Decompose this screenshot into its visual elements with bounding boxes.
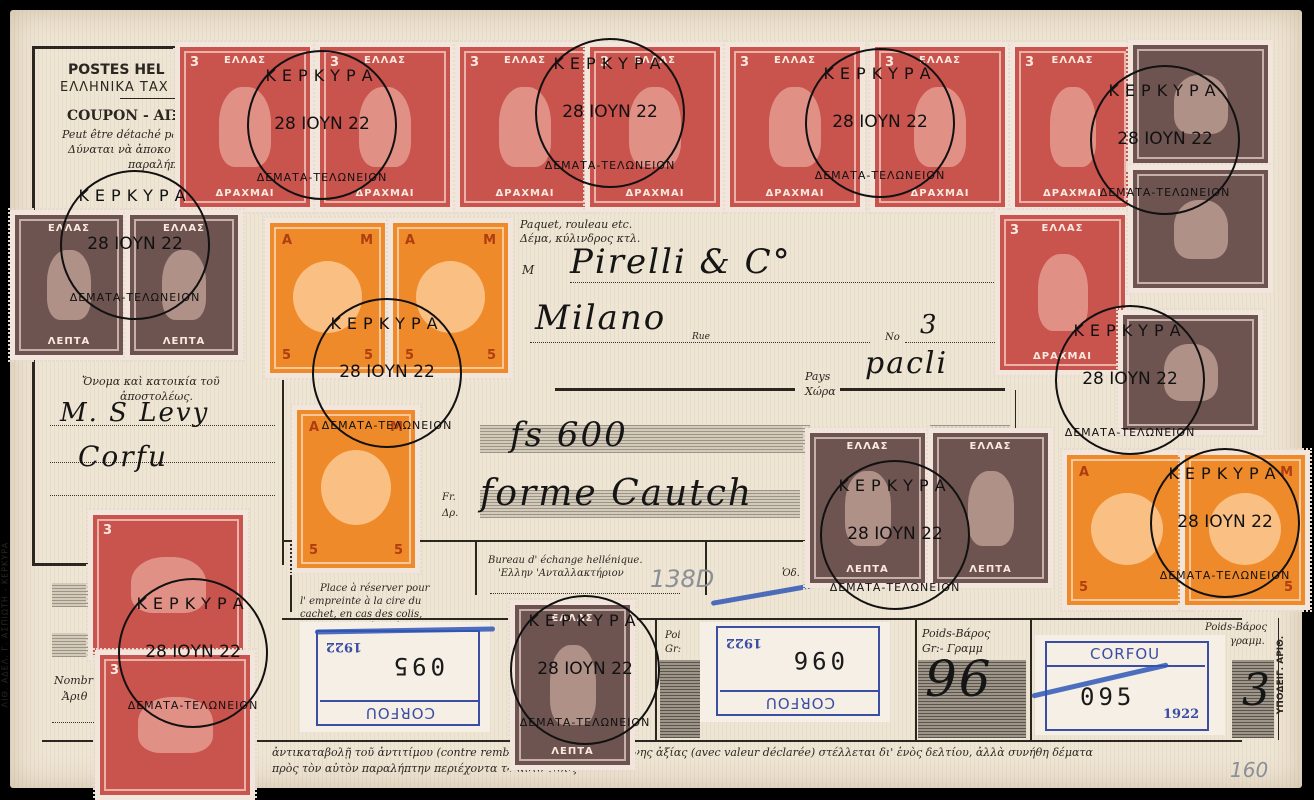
recipient-line	[570, 282, 1010, 283]
label-year: 1922	[326, 639, 362, 654]
paquet-fr: Paquet, rouleau etc.	[520, 218, 632, 231]
pays-fr: Pays	[805, 370, 830, 383]
postmark: ΚΕΡΚΥΡΑ28 ΙΟΥΝ 22ΔΕΜΑΤΑ-ΤΕΛΩΝΕΙΟΝ	[1150, 448, 1300, 598]
poids-fr: Poids-Βάρος	[922, 627, 990, 640]
dr-label: Δρ.	[442, 508, 458, 519]
weight-box-left	[660, 660, 700, 738]
pencil-note-2: 160	[1230, 758, 1268, 782]
m-label: M	[522, 263, 534, 277]
sender-city: Corfu	[78, 440, 168, 473]
place-text-line-2: l' empreinte à la cire du	[300, 595, 475, 608]
recipient-city: Milano	[535, 298, 666, 338]
detach-gr-1: Δύναται νὰ ἀποκο	[68, 143, 171, 156]
sender-line-3	[50, 495, 275, 496]
registration-label-2: CORFOU 096 1922	[700, 622, 890, 722]
sender-name: M. S Levy	[60, 398, 209, 428]
pays-gr: Χώρα	[805, 385, 836, 398]
header-gr: ΕΛΛΗΝΙΚΑ ΤΑΧ	[60, 80, 169, 95]
bureau-line	[490, 593, 680, 594]
header-divider	[120, 98, 180, 99]
place-text-line-1: Place à réserver pour	[300, 582, 475, 595]
poids-short-gr: Gr:	[665, 644, 681, 655]
fr-label: Fr.	[442, 492, 456, 503]
sender-label-1: Ὄνομα καὶ κατοικία τοῦ	[82, 375, 220, 388]
weight-value: 96	[925, 650, 993, 708]
header-fr: POSTES HEL	[68, 62, 165, 78]
rue-line	[530, 342, 870, 343]
poids-right-2: γραμμ.	[1230, 636, 1265, 647]
label-year: 1922	[1163, 707, 1199, 722]
postmark: ΚΕΡΚΥΡΑ28 ΙΟΥΝ 22ΔΕΜΑΤΑ-ΤΕΛΩΝΕΙΟΝ	[805, 48, 955, 198]
label-year: 1922	[726, 635, 762, 650]
parcels: pacli	[865, 346, 948, 381]
postmark: ΚΕΡΚΥΡΑ28 ΙΟΥΝ 22ΔΕΜΑΤΑ-ΤΕΛΩΝΕΙΟΝ	[1055, 305, 1205, 455]
registration-label-1: CORFOU 095 1922	[1035, 635, 1225, 735]
bureau-fr: Bureau d' échange hellénique.	[488, 555, 643, 566]
register-mark: 3	[1242, 665, 1272, 716]
coupon-border-top	[32, 46, 182, 49]
poids-right-1: Poids-Βάρος	[1205, 622, 1267, 633]
nombre-fr: Nombr	[54, 674, 93, 687]
note-text: forme Cautch	[480, 473, 753, 514]
postmark: ΚΕΡΚΥΡΑ28 ΙΟΥΝ 22ΔΕΜΑΤΑ-ΤΕΛΩΝΕΙΟΝ	[312, 298, 462, 448]
pays-divider	[1015, 390, 1016, 430]
no-label: No	[885, 332, 900, 343]
label-town: CORFOU	[1090, 645, 1160, 663]
declared-amount: fs 600	[510, 415, 628, 455]
label-number: 096	[790, 646, 845, 674]
recipient-name: Pirelli & C°	[570, 242, 792, 282]
postmark: ΚΕΡΚΥΡΑ28 ΙΟΥΝ 22ΔΕΜΑΤΑ-ΤΕΛΩΝΕΙΟΝ	[1090, 65, 1240, 215]
weight-col-2	[915, 618, 917, 740]
poids-short: Poi	[665, 630, 681, 641]
postmark: ΚΕΡΚΥΡΑ28 ΙΟΥΝ 22ΔΕΜΑΤΑ-ΤΕΛΩΝΕΙΟΝ	[820, 460, 970, 610]
weight-row-top-rule	[282, 618, 1242, 620]
coupon-title: COUPON - ΑΠ	[67, 108, 178, 124]
postmark: ΚΕΡΚΥΡΑ28 ΙΟΥΝ 22ΔΕΜΑΤΑ-ΤΕΛΩΝΕΙΟΝ	[247, 50, 397, 200]
weight-row-bottom-rule	[282, 740, 1242, 742]
house-number: 3	[920, 310, 939, 340]
postmark: ΚΕΡΚΥΡΑ28 ΙΟΥΝ 22ΔΕΜΑΤΑ-ΤΕΛΩΝΕΙΟΝ	[510, 595, 660, 745]
label-town: CORFOU	[765, 694, 835, 712]
postmark: ΚΕΡΚΥΡΑ28 ΙΟΥΝ 22ΔΕΜΑΤΑ-ΤΕΛΩΝΕΙΟΝ	[60, 170, 210, 320]
ypodeigma-label: ΥΠΟΔΕΙΓ. ΑΡΙΘ.	[1276, 636, 1286, 714]
registration-label-3: CORFOU 095 1922	[300, 622, 490, 732]
rue-label: Rue	[692, 332, 710, 342]
pays-rule-left	[555, 388, 795, 391]
postmark: ΚΕΡΚΥΡΑ28 ΙΟΥΝ 22ΔΕΜΑΤΑ-ΤΕΛΩΝΕΙΟΝ	[118, 578, 268, 728]
detach-fr: Peut être détaché pa	[62, 128, 178, 141]
od-label: Ὁδ.	[782, 568, 800, 579]
postmark: ΚΕΡΚΥΡΑ28 ΙΟΥΝ 22ΔΕΜΑΤΑ-ΤΕΛΩΝΕΙΟΝ	[535, 38, 685, 188]
pencil-note-1: 138D	[650, 565, 714, 593]
label-town: CORFOU	[365, 704, 435, 722]
footer-line-1: ἀντικαταβολῇ τοῦ ἀντιτίμου (contre rembo…	[272, 746, 1093, 759]
label-number: 095	[390, 652, 445, 680]
bureau-divider-left	[475, 540, 477, 595]
parcel-card: POSTES HEL ΕΛΛΗΝΙΚΑ ΤΑΧ COUPON - ΑΠ Peut…	[10, 10, 1302, 788]
nombre-gr: Ἀριθ	[62, 690, 87, 703]
label-number: 095	[1080, 683, 1135, 711]
weight-col-3	[1030, 618, 1032, 740]
printer-imprint: ΛΙΘ. ΑΔΕΛ. Γ. ΑΣΠΙΩΤΗ - ΚΕΡΚΥΡΑ	[0, 542, 9, 708]
no-line	[905, 342, 1005, 343]
bureau-gr: 'Ελλην 'Ανταλλακτήριον	[498, 568, 624, 579]
pays-rule-right	[840, 388, 1005, 391]
